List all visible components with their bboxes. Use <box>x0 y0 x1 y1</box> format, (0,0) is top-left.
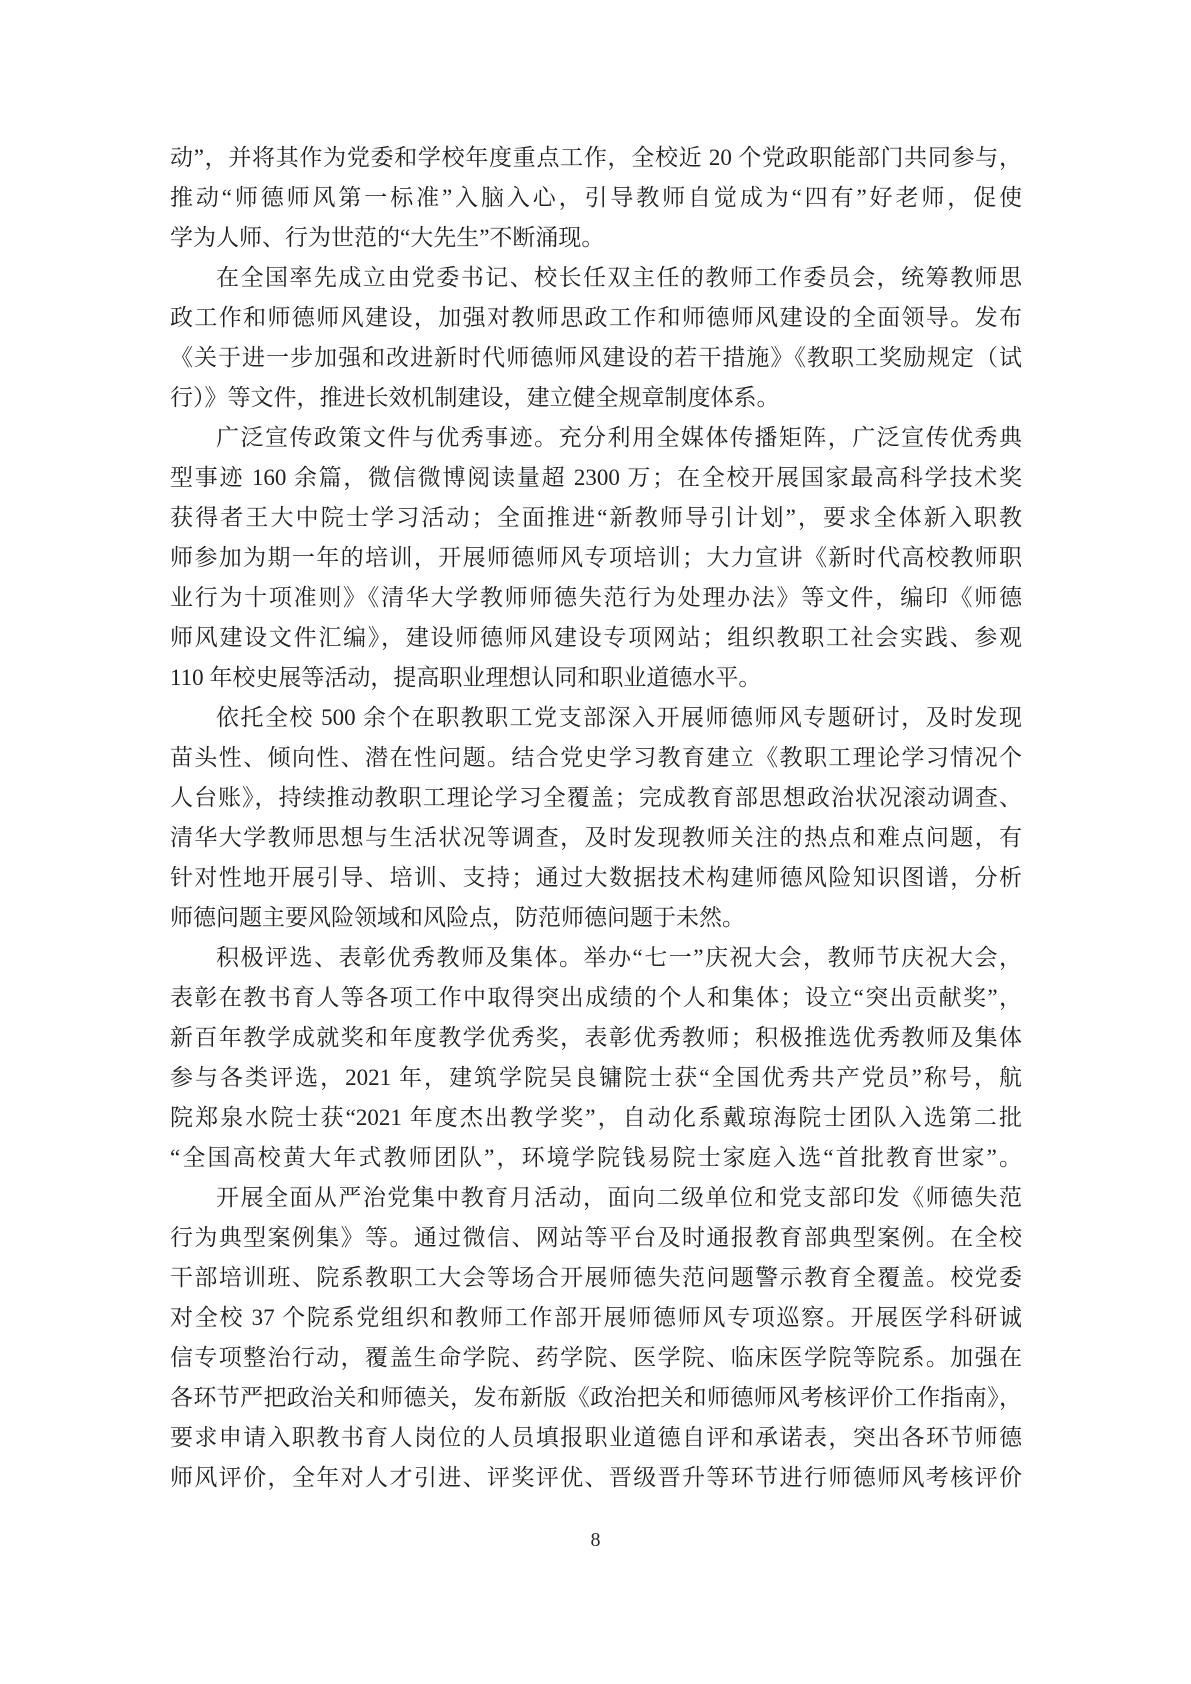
text-line: 新百年教学成就奖和年度教学优秀奖，表彰优秀教师；积极推选优秀教师及集体 <box>170 1018 1022 1058</box>
text-line: 依托全校 500 余个在职教职工党支部深入开展师德师风专题研讨，及时发现 <box>170 698 1022 738</box>
text-line: 推动“师德师风第一标准”入脑入心，引导教师自觉成为“四有”好老师，促使 <box>170 178 1022 218</box>
text-line: 师参加为期一年的培训，开展师德师风专项培训；大力宣讲《新时代高校教师职 <box>170 538 1022 578</box>
paragraph: 开展全面从严治党集中教育月活动，面向二级单位和党支部印发《师德失范行为典型案例集… <box>170 1178 1022 1498</box>
text-line: 学为人师、行为世范的“大先生”不断涌现。 <box>170 218 1022 258</box>
text-line: 针对性地开展引导、培训、支持；通过大数据技术构建师德风险知识图谱，分析 <box>170 858 1022 898</box>
text-line: 《关于进一步加强和改进新时代师德师风建设的若干措施》《教职工奖励规定（试 <box>170 338 1022 378</box>
text-line: 积极评选、表彰优秀教师及集体。举办“七一”庆祝大会，教师节庆祝大会， <box>170 938 1022 978</box>
text-line: 广泛宣传政策文件与优秀事迹。充分利用全媒体传播矩阵，广泛宣传优秀典 <box>170 418 1022 458</box>
document-body-text: 动”，并将其作为党委和学校年度重点工作，全校近 20 个党政职能部门共同参与，推… <box>170 138 1022 1498</box>
text-line: 动”，并将其作为党委和学校年度重点工作，全校近 20 个党政职能部门共同参与， <box>170 138 1022 178</box>
paragraph: 在全国率先成立由党委书记、校长任双主任的教师工作委员会，统筹教师思政工作和师德师… <box>170 258 1022 418</box>
text-line: 信专项整治行动，覆盖生命学院、药学院、医学院、临床医学院等院系。加强在 <box>170 1338 1022 1378</box>
text-line: 清华大学教师思想与生活状况等调查，及时发现教师关注的热点和难点问题，有 <box>170 818 1022 858</box>
paragraph: 广泛宣传政策文件与优秀事迹。充分利用全媒体传播矩阵，广泛宣传优秀典型事迹 160… <box>170 418 1022 698</box>
text-line: 110 年校史展等活动，提高职业理想认同和职业道德水平。 <box>170 658 1022 698</box>
text-line: 型事迹 160 余篇，微信微博阅读量超 2300 万；在全校开展国家最高科学技术… <box>170 458 1022 498</box>
page-number: 8 <box>0 1528 1191 1552</box>
paragraph: 积极评选、表彰优秀教师及集体。举办“七一”庆祝大会，教师节庆祝大会，表彰在教书育… <box>170 938 1022 1178</box>
text-line: 人台账》，持续推动教职工理论学习全覆盖；完成教育部思想政治状况滚动调查、 <box>170 778 1022 818</box>
text-line: “全国高校黄大年式教师团队”，环境学院钱易院士家庭入选“首批教育世家”。 <box>170 1138 1022 1178</box>
paragraph: 动”，并将其作为党委和学校年度重点工作，全校近 20 个党政职能部门共同参与，推… <box>170 138 1022 258</box>
text-line: 在全国率先成立由党委书记、校长任双主任的教师工作委员会，统筹教师思 <box>170 258 1022 298</box>
text-line: 开展全面从严治党集中教育月活动，面向二级单位和党支部印发《师德失范 <box>170 1178 1022 1218</box>
text-line: 业行为十项准则》《清华大学教师师德失范行为处理办法》等文件，编印《师德 <box>170 578 1022 618</box>
text-line: 干部培训班、院系教职工大会等场合开展师德失范问题警示教育全覆盖。校党委 <box>170 1258 1022 1298</box>
text-line: 师风评价，全年对人才引进、评奖评优、晋级晋升等环节进行师德师风考核评价 <box>170 1458 1022 1498</box>
text-line: 行为典型案例集》等。通过微信、网站等平台及时通报教育部典型案例。在全校 <box>170 1218 1022 1258</box>
text-line: 行）》等文件，推进长效机制建设，建立健全规章制度体系。 <box>170 378 1022 418</box>
text-line: 要求申请入职教书育人岗位的人员填报职业道德自评和承诺表，突出各环节师德 <box>170 1418 1022 1458</box>
text-line: 参与各类评选，2021 年，建筑学院吴良镛院士获“全国优秀共产党员”称号，航 <box>170 1058 1022 1098</box>
paragraph: 依托全校 500 余个在职教职工党支部深入开展师德师风专题研讨，及时发现苗头性、… <box>170 698 1022 938</box>
document-page: 动”，并将其作为党委和学校年度重点工作，全校近 20 个党政职能部门共同参与，推… <box>0 0 1191 1684</box>
text-line: 表彰在教书育人等各项工作中取得突出成绩的个人和集体；设立“突出贡献奖”， <box>170 978 1022 1018</box>
text-line: 政工作和师德师风建设，加强对教师思政工作和师德师风建设的全面领导。发布 <box>170 298 1022 338</box>
text-line: 院郑泉水院士获“2021 年度杰出教学奖”，自动化系戴琼海院士团队入选第二批 <box>170 1098 1022 1138</box>
text-line: 苗头性、倾向性、潜在性问题。结合党史学习教育建立《教职工理论学习情况个 <box>170 738 1022 778</box>
text-line: 对全校 37 个院系党组织和教师工作部开展师德师风专项巡察。开展医学科研诚 <box>170 1298 1022 1338</box>
text-line: 各环节严把政治关和师德关，发布新版《政治把关和师德师风考核评价工作指南》， <box>170 1378 1022 1418</box>
text-line: 师德问题主要风险领域和风险点，防范师德问题于未然。 <box>170 898 1022 938</box>
text-line: 获得者王大中院士学习活动；全面推进“新教师导引计划”，要求全体新入职教 <box>170 498 1022 538</box>
text-line: 师风建设文件汇编》，建设师德师风建设专项网站；组织教职工社会实践、参观 <box>170 618 1022 658</box>
